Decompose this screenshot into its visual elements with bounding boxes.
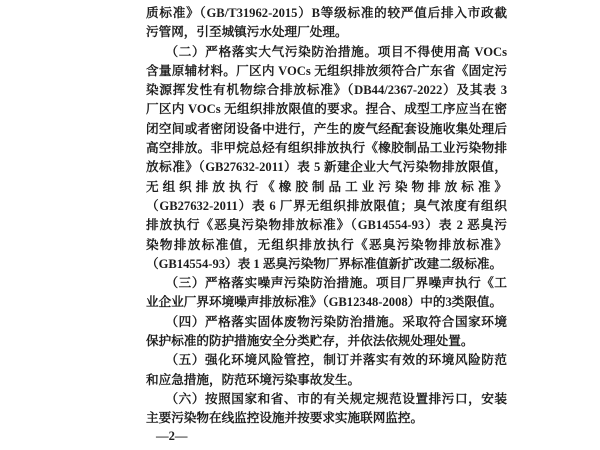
text-line: （五）强化环境风险管控，制订并落实有效的环境风险防范: [146, 351, 507, 370]
document-body: 质标准》（GB/T31962-2015）B等级标准的较严值后排入市政截 污管网，…: [146, 4, 507, 429]
text-line: 质标准》（GB/T31962-2015）B等级标准的较严值后排入市政截: [146, 4, 507, 23]
text-line: 染源挥发性有机物综合排放标准》（DB44/2367-2022）及其表 3: [146, 81, 507, 100]
text-line: 保护标准的防护措施安全分类贮存，并依法依规处理处置。: [146, 332, 507, 351]
text-line: 污管网，引至城镇污水处理厂处理。: [146, 23, 507, 42]
text-line: 和应急措施，防范环境污染事故发生。: [146, 371, 507, 390]
scanned-document-page: 质标准》（GB/T31962-2015）B等级标准的较严值后排入市政截 污管网，…: [0, 0, 600, 450]
text-line: （三）严格落实噪声污染防治措施。项目厂界噪声执行《工: [146, 274, 507, 293]
text-line: 含量原辅材料。厂区内 VOCs 无组织排放须符合广东省《固定污: [146, 62, 507, 81]
text-line: 高空排放。非甲烷总烃有组织排放执行《橡胶制品工业污染物排: [146, 139, 507, 158]
page-number: —2—: [156, 429, 187, 444]
text-line: （六）按照国家和省、市的有关规定规范设置排污口，安装: [146, 390, 507, 409]
text-line: 业企业厂界环境噪声排放标准》（GB12348-2008）中的3类限值。: [146, 293, 507, 312]
text-line: 放标准》（GB27632-2011）表 5 新建企业大气污染物排放限值，: [146, 158, 507, 177]
text-line: 闭空间或者密闭设备中进行，产生的废气经配套设施收集处理后: [146, 120, 507, 139]
text-line: （四）严格落实固体废物污染防治措施。采取符合国家环境: [146, 313, 507, 332]
text-line: 无组织排放执行《橡胶制品工业污染物排放标准》: [146, 178, 507, 197]
text-line: 主要污染物在线监控设施并按要求实施联网监控。: [146, 409, 507, 428]
text-line: （二）严格落实大气污染防治措施。项目不得使用高 VOCs: [146, 43, 507, 62]
text-line: 排放执行《恶臭污染物排放标准》（GB14554-93）表 2 恶臭污: [146, 216, 507, 235]
text-line: 厂区内 VOCs 无组织排放限值的要求。捏合、成型工序应当在密: [146, 100, 507, 119]
text-line: （GB27632-2011）表 6 厂界无组织排放限值；臭气浓度有组织: [146, 197, 507, 216]
text-line: 染物排放标准值，无组织排放执行《恶臭污染物排放标准》: [146, 236, 507, 255]
text-line: （GB14554-93）表 1 恶臭污染物厂界标准值新扩改建二级标准。: [146, 255, 507, 274]
